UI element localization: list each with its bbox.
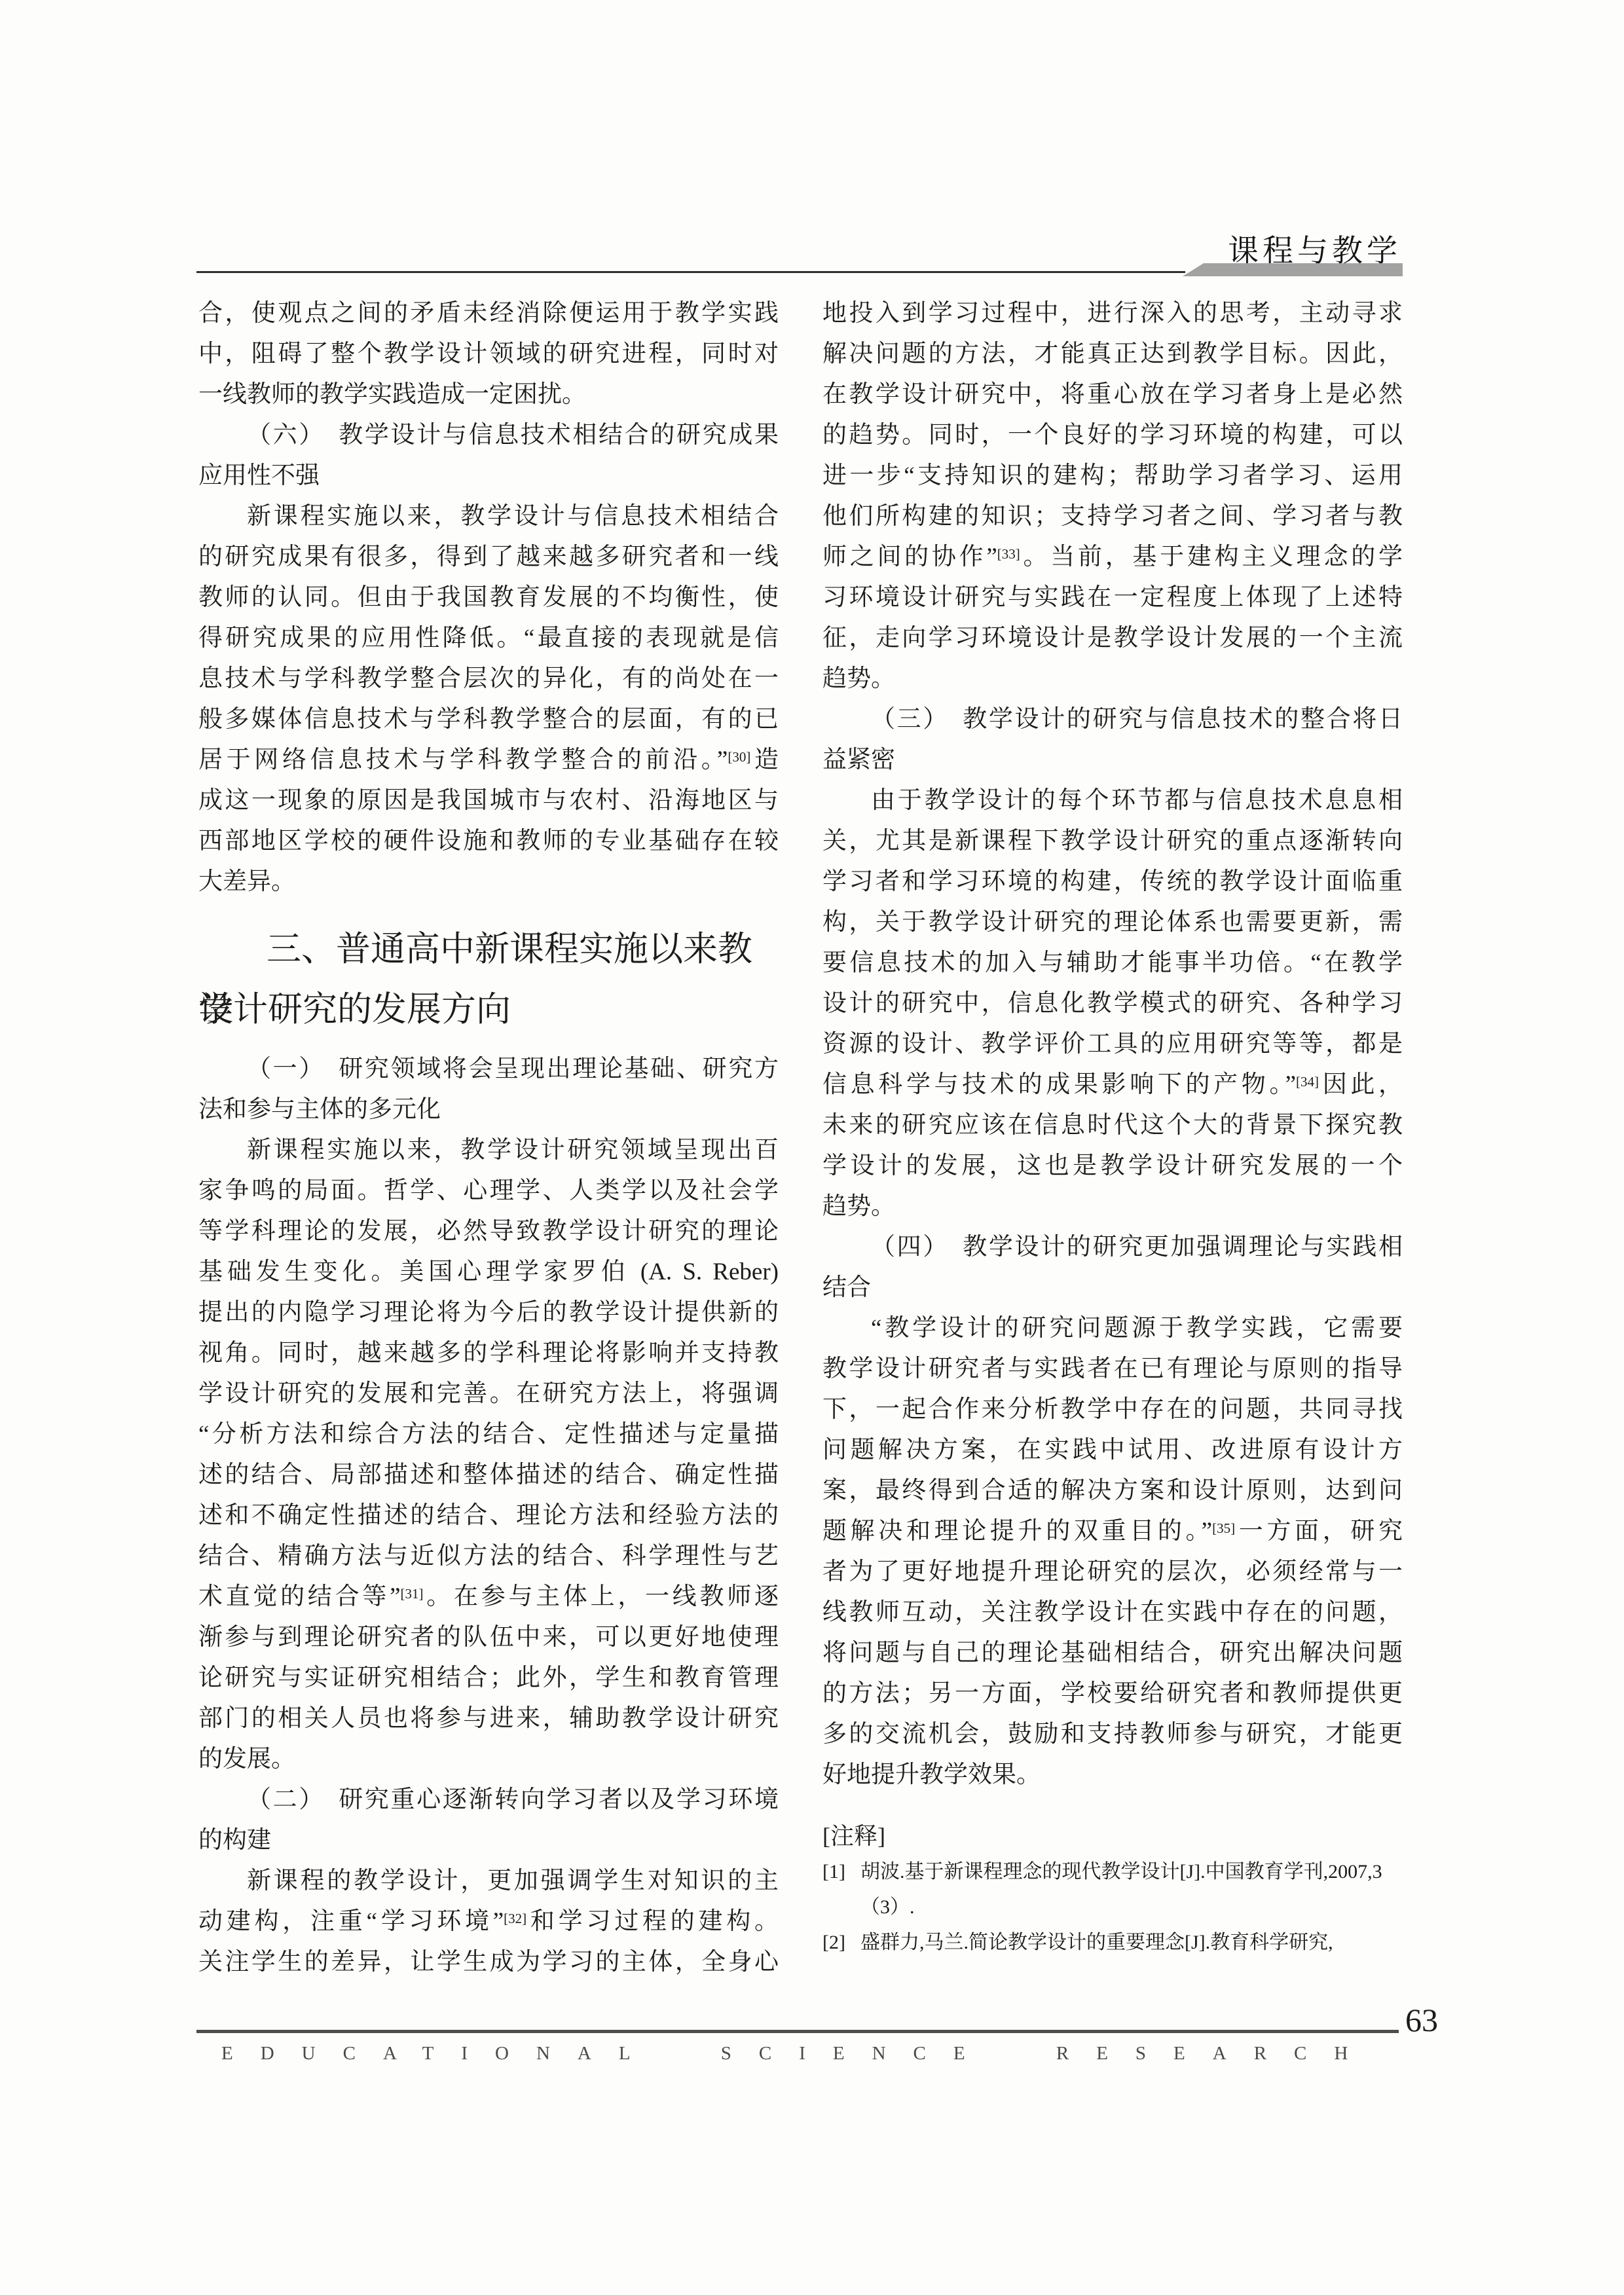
text-line: 者为了更好地提升理论研究的层次，必须经常与一: [822, 1552, 1403, 1592]
text-line: 新课程实施以来，教学设计与信息技术相结合: [198, 496, 779, 537]
header-accent-bar: [1183, 263, 1403, 276]
reference-marker: [1]: [822, 1854, 845, 1890]
text-line: 教师的认同。但由于我国教育发展的不均衡性，使: [198, 578, 779, 618]
text-line: 解决问题的方法，才能真正达到教学目标。因此，: [822, 334, 1403, 375]
subheading: （六） 教学设计与信息技术相结合的研究成果应用性不强: [198, 415, 779, 496]
text-line: 好地提升教学效果。: [822, 1755, 1403, 1795]
text-line: 的发展。: [198, 1739, 779, 1780]
text-line: 习环境设计研究与实践在一定程度上体现了上述特: [822, 578, 1403, 618]
paragraph: 由于教学设计的每个环节都与信息技术息息相关，尤其是新课程下教学设计研究的重点逐渐…: [822, 780, 1403, 1227]
text-line: 要信息技术的加入与辅助才能事半功倍。“在教学: [822, 943, 1403, 983]
text-line: 地投入到学习过程中，进行深入的思考，主动寻求: [822, 293, 1403, 334]
text-line: 线教师互动，关注教学设计在实践中存在的问题，: [822, 1592, 1403, 1633]
text-line: 进一步“支持知识的建构；帮助学习者学习、运用: [822, 456, 1403, 496]
text-line: 趋势。: [822, 659, 1403, 699]
reference-line: 盛群力,马兰.简论教学设计的重要理念[J].教育科学研究,[2]: [822, 1925, 1403, 1960]
text-line: 三、普通高中新课程实施以来教学: [198, 919, 779, 980]
text-line: 的趋势。同时，一个良好的学习环境的构建，可以: [822, 415, 1403, 456]
text-line: 益紧密: [822, 740, 1403, 780]
text-line: 应用性不强: [198, 456, 779, 496]
text-line: 部门的相关人员也将参与进来，辅助教学设计研究: [198, 1698, 779, 1739]
text-line: 在教学设计研究中，将重心放在学习者身上是必然: [822, 375, 1403, 415]
text-line: 法和参与主体的多元化: [198, 1090, 779, 1130]
text-line: 他们所构建的知识；支持学习者之间、学习者与教: [822, 496, 1403, 537]
text-line: 术直觉的结合等”[31]。在参与主体上，一线教师逐: [198, 1577, 779, 1617]
journal-page: 课程与教学 合，使观点之间的矛盾未经消除便运用于教学实践中，阻碍了整个教学设计领…: [0, 0, 1624, 2295]
text-line: 的研究成果有很多，得到了越来越多研究者和一线: [198, 537, 779, 578]
paragraph: 新课程实施以来，教学设计研究领域呈现出百家争鸣的局面。哲学、心理学、人类学以及社…: [198, 1130, 779, 1780]
text-line: 教学设计研究者与实践者在已有理论与原则的指导: [822, 1349, 1403, 1389]
text-line: 由于教学设计的每个环节都与信息技术息息相: [822, 780, 1403, 821]
text-line: （四） 教学设计的研究更加强调理论与实践相: [822, 1227, 1403, 1268]
text-line: 构，关于教学设计研究的理论体系也需要更新，需: [822, 902, 1403, 943]
text-line: （六） 教学设计与信息技术相结合的研究成果: [198, 415, 779, 456]
text-line: 动建构，注重“学习环境”[32]和学习过程的建构。: [198, 1901, 779, 1942]
text-line: （三） 教学设计的研究与信息技术的整合将日: [822, 699, 1403, 740]
reference-line: 胡波.基于新课程理念的现代教学设计[J].中国教育学刊,2007,3[1]: [822, 1854, 1403, 1890]
text-line: 未来的研究应该在信息时代这个大的背景下探究教: [822, 1105, 1403, 1146]
text-line: 成这一现象的原因是我国城市与农村、沿海地区与: [198, 780, 779, 821]
subheading: （三） 教学设计的研究与信息技术的整合将日益紧密: [822, 699, 1403, 780]
text-line: 提出的内隐学习理论将为今后的教学设计提供新的: [198, 1293, 779, 1333]
text-line: 述的结合、局部描述和整体描述的结合、确定性描: [198, 1455, 779, 1496]
text-line: 中，阻碍了整个教学设计领域的研究进程，同时对: [198, 334, 779, 375]
text-line: 案，最终得到合适的解决方案和设计原则，达到问: [822, 1471, 1403, 1511]
text-line: 一线教师的教学实践造成一定困扰。: [198, 375, 779, 415]
text-line: 新课程实施以来，教学设计研究领域呈现出百: [198, 1130, 779, 1171]
text-line: 的构建: [198, 1820, 779, 1861]
text-line: 结合、精确方法与近似方法的结合、科学理性与艺: [198, 1536, 779, 1577]
citation-superscript: [33]: [997, 546, 1020, 562]
reference-line: （3）.: [822, 1890, 1403, 1925]
text-line: 述和不确定性描述的结合、理论方法和经验方法的: [198, 1496, 779, 1536]
text-line: 师之间的协作”[33]。当前，基于建构主义理念的学: [822, 537, 1403, 578]
text-line: 下，一起合作来分析教学中存在的问题，共同寻找: [822, 1389, 1403, 1430]
text-line: 设计研究的发展方向: [198, 980, 779, 1040]
text-line: 问题解决方案，在实践中试用、改进原有设计方: [822, 1430, 1403, 1471]
text-line: 信息科学与技术的成果影响下的产物。”[34]因此，: [822, 1065, 1403, 1105]
text-line: 家争鸣的局面。哲学、心理学、人类学以及社会学: [198, 1171, 779, 1211]
text-line: 居于网络信息技术与学科教学整合的前沿。”[30]造: [198, 740, 779, 780]
text-line: 新课程的教学设计，更加强调学生对知识的主: [198, 1861, 779, 1901]
text-line: 渐参与到理论研究者的队伍中来，可以更好地使理: [198, 1617, 779, 1658]
paragraph: 合，使观点之间的矛盾未经消除便运用于教学实践中，阻碍了整个教学设计领域的研究进程…: [198, 293, 779, 415]
paragraph: 地投入到学习过程中，进行深入的思考，主动寻求解决问题的方法，才能真正达到教学目标…: [822, 293, 1403, 699]
paragraph: 新课程实施以来，教学设计与信息技术相结合的研究成果有很多，得到了越来越多研究者和…: [198, 496, 779, 902]
header-rule: [196, 271, 1185, 273]
section-title: 三、普通高中新课程实施以来教学设计研究的发展方向: [198, 919, 779, 1040]
notes-block: [注释]胡波.基于新课程理念的现代教学设计[J].中国教育学刊,2007,3[1…: [822, 1818, 1403, 1960]
text-line: “分析方法和综合方法的结合、定性描述与定量描: [198, 1414, 779, 1455]
text-line: 结合: [822, 1268, 1403, 1308]
reference-marker: [2]: [822, 1925, 845, 1960]
text-line: 征，走向学习环境设计是教学设计发展的一个主流: [822, 618, 1403, 659]
text-line: 得研究成果的应用性降低。“最直接的表现就是信: [198, 618, 779, 659]
subheading: （一） 研究领域将会呈现出理论基础、研究方法和参与主体的多元化: [198, 1049, 779, 1130]
text-line: 学习者和学习环境的构建，传统的教学设计面临重: [822, 862, 1403, 902]
paragraph: 新课程的教学设计，更加强调学生对知识的主动建构，注重“学习环境”[32]和学习过…: [198, 1861, 779, 1983]
column-left: 合，使观点之间的矛盾未经消除便运用于教学实践中，阻碍了整个教学设计领域的研究进程…: [198, 293, 779, 1983]
column-right: 地投入到学习过程中，进行深入的思考，主动寻求解决问题的方法，才能真正达到教学目标…: [822, 293, 1403, 1960]
text-line: （二） 研究重心逐渐转向学习者以及学习环境: [198, 1780, 779, 1820]
text-line: 资源的设计、教学评价工具的应用研究等等，都是: [822, 1024, 1403, 1065]
citation-superscript: [30]: [728, 749, 750, 765]
text-line: 等学科理论的发展，必然导致教学设计研究的理论: [198, 1211, 779, 1252]
text-line: 西部地区学校的硬件设施和教师的专业基础存在较: [198, 821, 779, 862]
subheading: （四） 教学设计的研究更加强调理论与实践相结合: [822, 1227, 1403, 1308]
page-number: 63: [1405, 2001, 1438, 2039]
citation-superscript: [34]: [1296, 1074, 1319, 1090]
text-line: （一） 研究领域将会呈现出理论基础、研究方: [198, 1049, 779, 1090]
footer-rule: [196, 2030, 1399, 2033]
text-line: 设计的研究中，信息化教学模式的研究、各种学习: [822, 983, 1403, 1024]
text-line: 大差异。: [198, 862, 779, 902]
text-line: 视角。同时，越来越多的学科理论将影响并支持教: [198, 1333, 779, 1374]
footer-journal-name: EDUCATIONAL SCIENCE RESEARCH: [221, 2043, 1375, 2065]
text-line: 趋势。: [822, 1186, 1403, 1227]
text-line: 合，使观点之间的矛盾未经消除便运用于教学实践: [198, 293, 779, 334]
text-line: 关注学生的差异，让学生成为学习的主体，全身心: [198, 1942, 779, 1983]
text-line: 学设计的发展，这也是教学设计研究发展的一个: [822, 1146, 1403, 1186]
text-line: “教学设计的研究问题源于教学实践，它需要: [822, 1308, 1403, 1349]
paragraph: “教学设计的研究问题源于教学实践，它需要教学设计研究者与实践者在已有理论与原则的…: [822, 1308, 1403, 1795]
text-line: 将问题与自己的理论基础相结合，研究出解决问题: [822, 1633, 1403, 1674]
citation-superscript: [35]: [1212, 1520, 1235, 1536]
citation-superscript: [31]: [401, 1586, 424, 1602]
text-line: 论研究与实证研究相结合；此外，学生和教育管理: [198, 1658, 779, 1698]
text-line: 学设计研究的发展和完善。在研究方法上，将强调: [198, 1374, 779, 1414]
subheading: （二） 研究重心逐渐转向学习者以及学习环境的构建: [198, 1780, 779, 1861]
text-line: 多的交流机会，鼓励和支持教师参与研究，才能更: [822, 1714, 1403, 1755]
citation-superscript: [32]: [504, 1911, 526, 1926]
text-line: 息技术与学科教学整合层次的异化，有的尚处在一: [198, 659, 779, 699]
text-line: 的方法；另一方面，学校要给研究者和教师提供更: [822, 1674, 1403, 1714]
text-line: 般多媒体信息技术与学科教学整合的层面，有的已: [198, 699, 779, 740]
text-line: 关，尤其是新课程下教学设计研究的重点逐渐转向: [822, 821, 1403, 862]
text-line: 基础发生变化。美国心理学家罗伯 (A. S. Reber): [198, 1252, 779, 1293]
text-line: 题解决和理论提升的双重目的。”[35]一方面，研究: [822, 1511, 1403, 1552]
notes-label: [注释]: [822, 1818, 1403, 1854]
